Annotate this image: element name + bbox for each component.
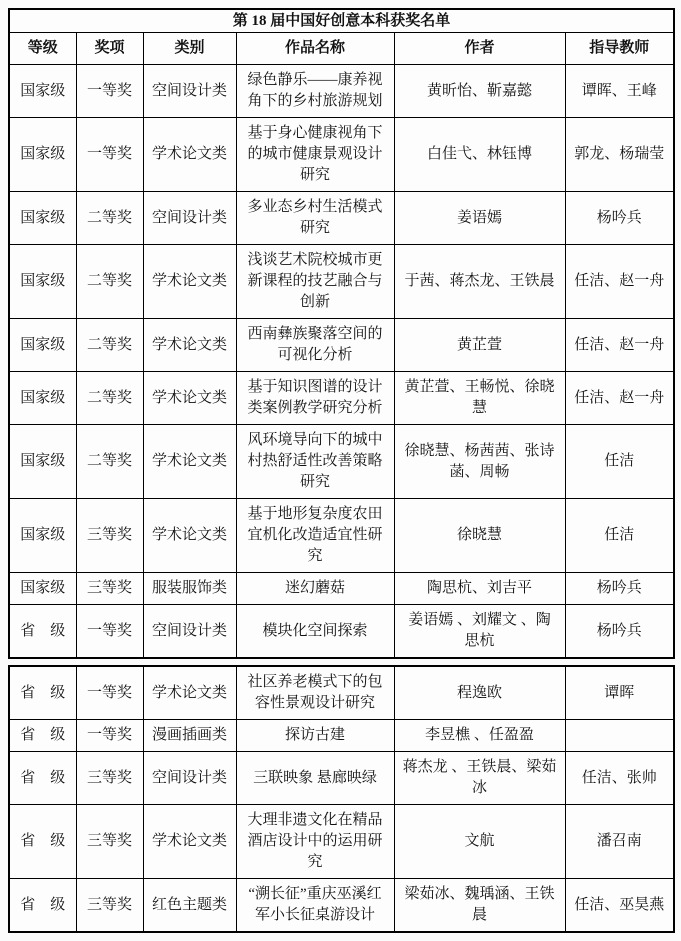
- award-cell: 姜语嫣 、刘耀文 、陶思杭: [394, 605, 565, 659]
- award-row: 国家级二等奖空间设计类多业态乡村生活模式研究姜语嫣杨吟兵: [9, 192, 674, 245]
- award-cell: 国家级: [9, 319, 76, 372]
- award-cell: 谭晖、王峰: [565, 65, 674, 118]
- award-cell: 学术论文类: [143, 499, 236, 573]
- award-cell: 陶思杭、刘吉平: [394, 573, 565, 605]
- award-cell: 漫画插画类: [143, 720, 236, 752]
- column-header-2: 奖项: [76, 33, 143, 65]
- award-cell: 任洁、赵一舟: [565, 372, 674, 425]
- column-header-1: 等级: [9, 33, 76, 65]
- award-cell: 国家级: [9, 425, 76, 499]
- award-cell: 二等奖: [76, 192, 143, 245]
- award-cell: 浅谈艺术院校城市更新课程的技艺融合与创新: [236, 245, 394, 319]
- award-cell: 国家级: [9, 499, 76, 573]
- award-cell: 二等奖: [76, 372, 143, 425]
- award-cell: 学术论文类: [143, 666, 236, 720]
- award-cell: 三联映象 悬廊映绿: [236, 752, 394, 805]
- award-cell: 黄昕怡、靳嘉懿: [394, 65, 565, 118]
- award-cell: 二等奖: [76, 245, 143, 319]
- award-cell: 国家级: [9, 245, 76, 319]
- award-cell: 国家级: [9, 192, 76, 245]
- award-cell: 空间设计类: [143, 752, 236, 805]
- award-cell: 徐晓慧: [394, 499, 565, 573]
- award-cell: 基于知识图谱的设计类案例教学研究分析: [236, 372, 394, 425]
- award-cell: 文航: [394, 805, 565, 879]
- award-cell: 三等奖: [76, 879, 143, 933]
- award-cell: 多业态乡村生活模式研究: [236, 192, 394, 245]
- award-cell: 国家级: [9, 118, 76, 192]
- award-cell: 学术论文类: [143, 118, 236, 192]
- award-cell: 学术论文类: [143, 425, 236, 499]
- column-header-3: 类别: [143, 33, 236, 65]
- award-row: 省 级一等奖漫画插画类探访古建李昱樵 、任盈盈: [9, 720, 674, 752]
- award-cell: 杨吟兵: [565, 192, 674, 245]
- award-cell: 一等奖: [76, 666, 143, 720]
- award-cell: 三等奖: [76, 499, 143, 573]
- award-cell: 国家级: [9, 372, 76, 425]
- award-cell: 黄芷萱、王畅悦、徐晓慧: [394, 372, 565, 425]
- award-cell: 杨吟兵: [565, 605, 674, 659]
- award-cell: 潘召南: [565, 805, 674, 879]
- award-cell: 社区养老模式下的包容性景观设计研究: [236, 666, 394, 720]
- award-row: 国家级二等奖学术论文类浅谈艺术院校城市更新课程的技艺融合与创新于茜、蒋杰龙、王铁…: [9, 245, 674, 319]
- award-cell: 省 级: [9, 605, 76, 659]
- column-header-6: 指导教师: [565, 33, 674, 65]
- award-cell: 任洁、赵一舟: [565, 319, 674, 372]
- award-cell: 空间设计类: [143, 192, 236, 245]
- award-row: 省 级三等奖学术论文类大理非遗文化在精品酒店设计中的运用研究文航潘召南: [9, 805, 674, 879]
- awards-table-continued: 省 级一等奖学术论文类社区养老模式下的包容性景观设计研究程逸欧谭晖省 级一等奖漫…: [8, 665, 675, 933]
- award-cell: 基于身心健康视角下的城市健康景观设计研究: [236, 118, 394, 192]
- award-cell: 任洁: [565, 425, 674, 499]
- award-cell: 程逸欧: [394, 666, 565, 720]
- award-row: 国家级二等奖学术论文类基于知识图谱的设计类案例教学研究分析黄芷萱、王畅悦、徐晓慧…: [9, 372, 674, 425]
- award-row: 国家级三等奖服装服饰类迷幻蘑菇陶思杭、刘吉平杨吟兵: [9, 573, 674, 605]
- award-cell: 任洁、张帅: [565, 752, 674, 805]
- award-cell: 一等奖: [76, 605, 143, 659]
- award-row: 国家级一等奖空间设计类绿色静乐——康养视角下的乡村旅游规划黄昕怡、靳嘉懿谭晖、王…: [9, 65, 674, 118]
- award-row: 省 级一等奖空间设计类模块化空间探索姜语嫣 、刘耀文 、陶思杭杨吟兵: [9, 605, 674, 659]
- award-cell: 绿色静乐——康养视角下的乡村旅游规划: [236, 65, 394, 118]
- award-cell: 省 级: [9, 752, 76, 805]
- award-cell: 学术论文类: [143, 805, 236, 879]
- award-cell: 徐晓慧、杨茜茜、张诗菡、周畅: [394, 425, 565, 499]
- award-cell: 基于地形复杂度农田宜机化改造适宜性研究: [236, 499, 394, 573]
- award-cell: 李昱樵 、任盈盈: [394, 720, 565, 752]
- award-row: 国家级二等奖学术论文类风环境导向下的城中村热舒适性改善策略研究徐晓慧、杨茜茜、张…: [9, 425, 674, 499]
- title-row: 第 18 届中国好创意本科获奖名单: [9, 9, 674, 33]
- award-cell: 三等奖: [76, 573, 143, 605]
- award-cell: 大理非遗文化在精品酒店设计中的运用研究: [236, 805, 394, 879]
- award-cell: 梁茹冰、魏瑀涵、王铁晨: [394, 879, 565, 933]
- award-cell: 一等奖: [76, 118, 143, 192]
- document-page: 第 18 届中国好创意本科获奖名单 等级奖项类别作品名称作者指导教师 国家级一等…: [0, 0, 681, 941]
- award-row: 国家级一等奖学术论文类基于身心健康视角下的城市健康景观设计研究白佳弋、林钰博郭龙…: [9, 118, 674, 192]
- award-row: 国家级三等奖学术论文类基于地形复杂度农田宜机化改造适宜性研究徐晓慧任洁: [9, 499, 674, 573]
- award-cell: “溯长征”重庆巫溪红军小长征桌游设计: [236, 879, 394, 933]
- award-cell: 西南彝族聚落空间的可视化分析: [236, 319, 394, 372]
- award-cell: [565, 720, 674, 752]
- award-cell: 国家级: [9, 65, 76, 118]
- award-row: 省 级一等奖学术论文类社区养老模式下的包容性景观设计研究程逸欧谭晖: [9, 666, 674, 720]
- column-header-4: 作品名称: [236, 33, 394, 65]
- award-cell: 二等奖: [76, 319, 143, 372]
- award-cell: 省 级: [9, 666, 76, 720]
- award-cell: 学术论文类: [143, 245, 236, 319]
- awards-table-main: 第 18 届中国好创意本科获奖名单 等级奖项类别作品名称作者指导教师 国家级一等…: [8, 8, 675, 659]
- award-row: 国家级二等奖学术论文类西南彝族聚落空间的可视化分析黄芷萱任洁、赵一舟: [9, 319, 674, 372]
- award-row: 省 级三等奖红色主题类“溯长征”重庆巫溪红军小长征桌游设计梁茹冰、魏瑀涵、王铁晨…: [9, 879, 674, 933]
- award-cell: 风环境导向下的城中村热舒适性改善策略研究: [236, 425, 394, 499]
- award-cell: 郭龙、杨瑞莹: [565, 118, 674, 192]
- award-cell: 探访古建: [236, 720, 394, 752]
- award-cell: 省 级: [9, 805, 76, 879]
- award-cell: 杨吟兵: [565, 573, 674, 605]
- award-cell: 三等奖: [76, 752, 143, 805]
- column-header-row: 等级奖项类别作品名称作者指导教师: [9, 33, 674, 65]
- award-cell: 白佳弋、林钰博: [394, 118, 565, 192]
- award-cell: 空间设计类: [143, 65, 236, 118]
- award-cell: 任洁、巫昊燕: [565, 879, 674, 933]
- award-cell: 二等奖: [76, 425, 143, 499]
- award-cell: 三等奖: [76, 805, 143, 879]
- award-cell: 一等奖: [76, 65, 143, 118]
- award-cell: 任洁、赵一舟: [565, 245, 674, 319]
- award-row: 省 级三等奖空间设计类三联映象 悬廊映绿蒋杰龙 、王铁晨、梁茹冰任洁、张帅: [9, 752, 674, 805]
- award-cell: 国家级: [9, 573, 76, 605]
- column-header-5: 作者: [394, 33, 565, 65]
- awards-table-continued-body: 省 级一等奖学术论文类社区养老模式下的包容性景观设计研究程逸欧谭晖省 级一等奖漫…: [9, 666, 674, 932]
- award-cell: 于茜、蒋杰龙、王铁晨: [394, 245, 565, 319]
- award-cell: 迷幻蘑菇: [236, 573, 394, 605]
- award-cell: 学术论文类: [143, 319, 236, 372]
- award-cell: 空间设计类: [143, 605, 236, 659]
- award-cell: 黄芷萱: [394, 319, 565, 372]
- awards-table-main-body: 国家级一等奖空间设计类绿色静乐——康养视角下的乡村旅游规划黄昕怡、靳嘉懿谭晖、王…: [9, 65, 674, 659]
- award-cell: 省 级: [9, 720, 76, 752]
- award-cell: 蒋杰龙 、王铁晨、梁茹冰: [394, 752, 565, 805]
- award-cell: 红色主题类: [143, 879, 236, 933]
- award-cell: 任洁: [565, 499, 674, 573]
- award-cell: 服装服饰类: [143, 573, 236, 605]
- award-cell: 谭晖: [565, 666, 674, 720]
- page-title: 第 18 届中国好创意本科获奖名单: [9, 9, 674, 33]
- award-cell: 省 级: [9, 879, 76, 933]
- award-cell: 学术论文类: [143, 372, 236, 425]
- award-cell: 模块化空间探索: [236, 605, 394, 659]
- award-cell: 一等奖: [76, 720, 143, 752]
- award-cell: 姜语嫣: [394, 192, 565, 245]
